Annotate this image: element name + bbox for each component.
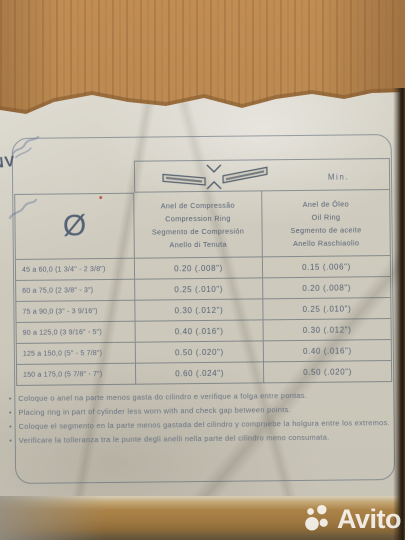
oil-ring-header-cell: Anel de Óleo Oil Ring Segmento de aceite… xyxy=(262,190,391,257)
table-row-oil-gap: 0.50 (.020") xyxy=(264,361,392,383)
avito-watermark-text: Avito xyxy=(337,504,401,534)
ring-end-gap-diagram-icon xyxy=(161,161,271,192)
table-blank-cell xyxy=(14,161,134,194)
footnote-marker: • xyxy=(7,436,15,447)
footnote-marker: • xyxy=(7,422,15,433)
multilingual-footnotes: • Coloque o anel na parte menos gasta do… xyxy=(6,390,391,450)
table-row-bore: 45 a 60,0 (1 3/4" - 2 3/8") xyxy=(15,259,135,281)
table-row-bore: 60 a 75,0 (2 3/8" - 3") xyxy=(15,280,135,302)
photo-ring-gap-instruction-sheet: NV Min. xyxy=(0,0,405,540)
table-row-bore: 150 a 175,0 (5 7/8" - 7") xyxy=(16,364,136,386)
table-row-compression-gap: 0.30 (.012") xyxy=(135,299,263,321)
footnote-it: • Verificare la tolleranza tra le punte … xyxy=(7,432,391,447)
footnote-marker: • xyxy=(6,408,14,419)
table-row-compression-gap: 0.60 (.024") xyxy=(136,362,264,384)
table-row-bore: 75 a 90,0 (3" - 3 9/16") xyxy=(15,301,135,323)
footnote-en: • Placing ring in part of cylinder less … xyxy=(6,404,390,419)
table-row-bore: 125 a 150,0 (5" - 5 7/8") xyxy=(16,343,136,365)
diameter-header-cell: Ø xyxy=(14,193,135,260)
table-row-compression-gap: 0.20 (.008") xyxy=(135,257,263,279)
avito-watermark: Avito xyxy=(304,504,401,534)
printed-label: NV Min. xyxy=(0,0,405,540)
table-row-oil-gap: 0.30 (.012") xyxy=(264,319,392,341)
table-row-oil-gap: 0.15 (.006") xyxy=(263,256,391,278)
table-row-oil-gap: 0.25 (.010") xyxy=(263,298,391,320)
footnote-es: • Coloque el segmento en la parte menos … xyxy=(7,418,391,433)
table-row-oil-gap: 0.20 (.008") xyxy=(263,277,391,299)
table-row-compression-gap: 0.40 (.016") xyxy=(136,320,264,342)
diameter-symbol: Ø xyxy=(63,209,87,242)
min-label: Min. xyxy=(328,172,349,181)
avito-logo-icon xyxy=(304,504,334,534)
table-row-oil-gap: 0.40 (.016") xyxy=(264,340,392,362)
compression-ring-header-cell: Anel de Compressão Compression Ring Segm… xyxy=(134,191,263,258)
dark-right-edge-shadow xyxy=(393,88,405,540)
footnote-marker: • xyxy=(6,394,14,405)
ring-gap-table: Min. Ø Anel de Compressão Compression Ri… xyxy=(14,158,392,386)
table-diagram-cell: Min. xyxy=(134,158,390,193)
table-row-bore: 90 a 125,0 (3 9/16" - 5") xyxy=(16,322,136,344)
table-row-compression-gap: 0.25 (.010") xyxy=(135,278,263,300)
table-row-compression-gap: 0.50 (.020") xyxy=(136,341,264,363)
